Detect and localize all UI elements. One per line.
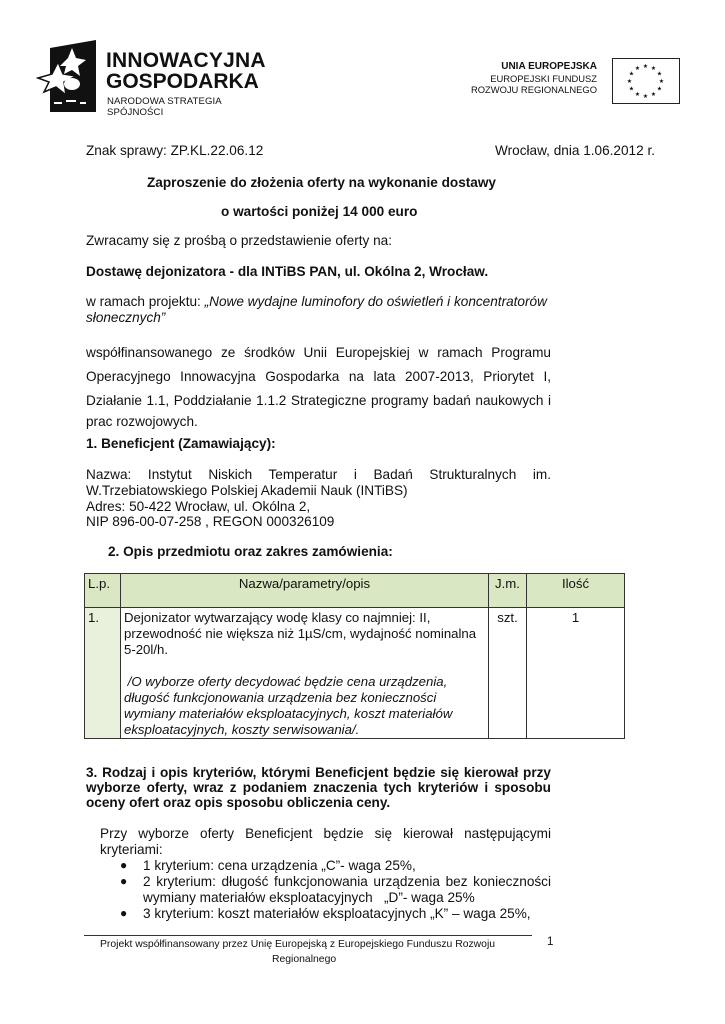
col-header-name: Nazwa/parametry/opis — [121, 574, 489, 608]
footer-text-cont: Regionalnego — [272, 954, 336, 965]
svg-text:★: ★ — [651, 65, 656, 72]
project-line: w ramach projektu: „Nowe wydajne luminof… — [86, 294, 547, 309]
desc-line: przewodność nie większa niż 1µS/cm, wyda… — [124, 626, 485, 642]
bullet-icon: ● — [120, 874, 127, 888]
bullet-icon: ● — [120, 858, 127, 872]
place-date: Wrocław, dnia 1.06.2012 r. — [495, 143, 655, 158]
beneficiary-name: Nazwa: Instytut Niskich Temperatur i Bad… — [86, 467, 551, 482]
logo-subtitle: NARODOWA STRATEGIA SPÓJNOŚCI — [107, 96, 276, 118]
stars-flag-icon — [36, 40, 98, 112]
note-line: eksploatacyjnych, koszty serwisowania/. — [124, 722, 485, 738]
footer-text: Projekt współfinansowany przez Unię Euro… — [100, 939, 495, 950]
beneficiary-name-cont: W.Trzebiatowskiego Polskiej Akademii Nau… — [86, 483, 408, 498]
funding-line-3: Działanie 1.1, Poddziałanie 1.1.2 Strate… — [86, 393, 551, 408]
col-header-qty: Ilość — [527, 574, 625, 608]
svg-text:★: ★ — [643, 93, 648, 100]
criteria-intro-cont: kryteriami: — [100, 842, 163, 857]
case-number: Znak sprawy: ZP.KL.22.06.12 — [86, 143, 263, 158]
logo-title-line2: GOSPODARKA — [106, 71, 259, 92]
col-header-lp: L.p. — [85, 574, 121, 608]
svg-text:★: ★ — [643, 63, 648, 70]
row-lp: 1. — [85, 608, 121, 739]
page-subtitle: o wartości poniżej 14 000 euro — [221, 204, 417, 219]
svg-text:★: ★ — [629, 71, 634, 78]
page-number: 1 — [547, 936, 553, 948]
svg-text:★: ★ — [659, 78, 664, 85]
svg-text:★: ★ — [635, 65, 640, 72]
note-line: wymiany materiałów eksploatacyjnych, kos… — [124, 706, 485, 722]
desc-line: Dejonizator wytwarzający wodę klasy co n… — [124, 610, 485, 626]
project-prefix: w ramach projektu: — [86, 294, 205, 309]
criterion-2: 2 kryterium: długość funkcjonowania urzą… — [143, 874, 551, 889]
svg-text:★: ★ — [629, 86, 634, 93]
row-qty: 1 — [527, 608, 625, 739]
project-name: „Nowe wydajne luminofory do oświetleń i … — [205, 294, 547, 309]
eu-label-line1: UNIA EUROPEJSKA — [471, 61, 597, 73]
svg-text:★: ★ — [657, 71, 662, 78]
funding-line-1: współfinansowanego ze środków Unii Europ… — [86, 345, 551, 360]
svg-text:★: ★ — [627, 78, 632, 85]
criterion-1: 1 kryterium: cena urządzenia „C”- waga 2… — [143, 858, 416, 873]
table-header-row: L.p. Nazwa/parametry/opis J.m. Ilość — [85, 574, 625, 608]
svg-text:★: ★ — [651, 91, 656, 98]
beneficiary-ids: NIP 896-00-07-258 , REGON 000326109 — [86, 514, 334, 529]
subject-text: Dostawę dejonizatora - dla INTiBS PAN, u… — [86, 264, 488, 279]
order-items-table: L.p. Nazwa/parametry/opis J.m. Ilość 1. … — [84, 573, 625, 739]
col-header-unit: J.m. — [489, 574, 527, 608]
eu-label-line2: EUROPEJSKI FUNDUSZ — [471, 73, 597, 85]
criterion-3: 3 kryterium: koszt materiałów eksploatac… — [143, 906, 531, 921]
note-line: /O wyborze oferty decydować będzie cena … — [124, 674, 485, 690]
row-description: Dejonizator wytwarzający wodę klasy co n… — [121, 608, 489, 739]
funding-line-2: Operacyjnego Innowacyjna Gospodarka na l… — [86, 369, 551, 384]
eu-fund-label: UNIA EUROPEJSKA EUROPEJSKI FUNDUSZ ROZWO… — [471, 61, 597, 96]
beneficiary-address: Adres: 50-422 Wrocław, ul. Okólna 2, — [86, 499, 310, 514]
criterion-2-cont: wymiany materiałów eksploatacyjnych „D”-… — [143, 890, 475, 905]
section3-heading-line1: 3. Rodzaj i opis kryteriów, którymi Bene… — [86, 765, 551, 780]
eu-flag-icon: ★ ★ ★ ★ ★ ★ ★ ★ ★ ★ ★ ★ — [612, 58, 680, 104]
eu-label-line3: ROZWOJU REGIONALNEGO — [471, 84, 597, 96]
logo-title-line1: INNOWACYJNA — [106, 50, 266, 71]
section3-heading-line2: wyborze oferty, wraz z podaniem znaczeni… — [86, 780, 551, 795]
desc-line: 5-20l/h. — [124, 642, 485, 658]
criteria-intro: Przy wyborze oferty Beneficjent będzie s… — [100, 826, 551, 841]
project-name-cont: słonecznych” — [86, 310, 165, 325]
innowacyjna-gospodarka-logo: INNOWACYJNA GOSPODARKA NARODOWA STRATEGI… — [36, 40, 276, 112]
section2-heading: 2. Opis przedmiotu oraz zakres zamówieni… — [108, 544, 393, 559]
page-title: Zaproszenie do złożenia oferty na wykona… — [147, 175, 496, 190]
note-line: długość funkcjonowania urządzenia bez ko… — [124, 690, 485, 706]
section3-heading-line3: oceny ofert oraz opis sposobu obliczenia… — [86, 795, 390, 810]
funding-line-4: prac rozwojowych. — [86, 414, 198, 429]
section1-heading: 1. Beneficjent (Zamawiający): — [86, 436, 276, 451]
footer-divider — [84, 935, 532, 936]
row-unit: szt. — [489, 608, 527, 739]
svg-text:★: ★ — [657, 86, 662, 93]
request-text: Zwracamy się z prośbą o przedstawienie o… — [86, 233, 392, 248]
bullet-icon: ● — [120, 906, 127, 920]
svg-text:★: ★ — [635, 91, 640, 98]
table-row: 1. Dejonizator wytwarzający wodę klasy c… — [85, 608, 625, 739]
